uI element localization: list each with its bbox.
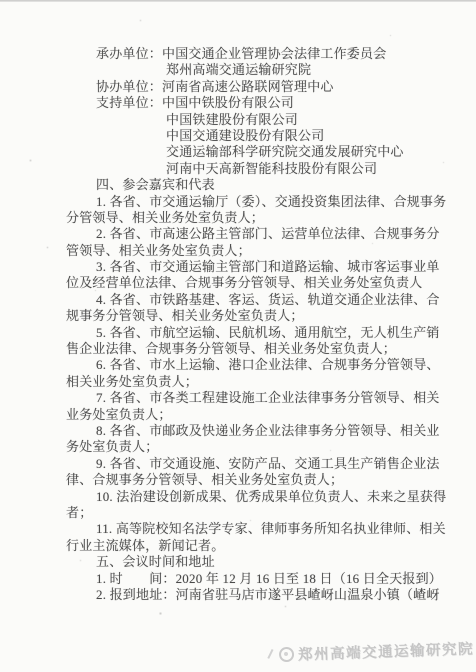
- list-item-line: 2. 各省、市高速公路主管部门、运营单位法律、合规事务分: [66, 226, 466, 242]
- supporter-line: 中国交通建设股份有限公司: [66, 128, 466, 144]
- list-item-line: 业务处室负责人；: [66, 407, 466, 423]
- list-item-line: 11. 高等院校知名法学专家、律师事务所知名执业律师、相关: [66, 521, 466, 537]
- document-body: 承办单位：中国交通企业管理协会法律工作委员会 郑州高端交通运输研究院 协办单位：…: [66, 46, 466, 603]
- list-item-line: 管领导、相关业务处室负责人；: [66, 243, 466, 259]
- supporter-line: 河南中天高新智能科技股份有限公司: [66, 161, 466, 177]
- list-item-line: 4. 各省、市铁路基建、客运、货运、轨道交通企业法律、合: [66, 292, 466, 308]
- list-item-line: 位及经营单位法律、合规事务分管领导、相关业务处室负责人: [66, 275, 466, 291]
- list-item-line: 10. 法治建设创新成果、优秀成果单位负责人、未来之星获得: [66, 489, 466, 505]
- supporter-line: 中国铁建股份有限公司: [66, 112, 466, 128]
- supporter-line: 支持单位：中国中铁股份有限公司: [66, 95, 466, 111]
- co-organizer-line: 协办单位：河南省高速公路联网管理中心: [66, 79, 466, 95]
- list-item-line: 分管领导、相关业务处室负责人；: [66, 210, 466, 226]
- list-item-line: 相关业务处室负责人；: [66, 374, 466, 390]
- scanned-document-page: { "colors": { "page_bg": "#fbfbf9", "tex…: [0, 0, 476, 672]
- list-item-line: 务处室负责人；: [66, 439, 466, 455]
- list-item-line: 者；: [66, 505, 466, 521]
- section-heading-time-address: 五、会议时间和地址: [66, 554, 466, 570]
- list-item-line: 6. 各省、市水上运输、港口企业法律、合规事务分管领导、: [66, 357, 466, 373]
- watermark: 郑州高端交通运输研究院: [269, 637, 475, 665]
- watermark-slash-mark: [267, 648, 279, 661]
- list-item-line: 1. 各省、市交通运输厅（委）、交通投资集团法律、合规事务: [66, 194, 466, 210]
- list-item-line: 9. 各省、市交通设施、安防产品、交通工具生产销售企业法: [66, 456, 466, 472]
- meeting-time-line: 1. 时 间：2020 年 12 月 16 日至 18 日（16 日全天报到）: [66, 571, 466, 587]
- meeting-address-line: 2. 报到地址：河南省驻马店市遂平县嵖岈山温泉小镇（嵖岈: [66, 587, 466, 603]
- supporter-line: 交通运输部科学研究院交通发展研究中心: [66, 144, 466, 160]
- list-item-line: 行业主流媒体，新闻记者。: [66, 538, 466, 554]
- scan-edge-top: [0, 0, 476, 2]
- list-item-line: 律、合规事务分管领导、相关业务处室负责人；: [66, 472, 466, 488]
- list-item-line: 规事务分管领导、相关业务处室负责人；: [66, 308, 466, 324]
- list-item-line: 售企业法律、合规事务分管领导、相关业务处室负责人；: [66, 341, 466, 357]
- scan-noise-specks: [0, 0, 1, 1]
- list-item-line: 7. 各省、市各类工程建设施工企业法律事务分管领导、相关: [66, 390, 466, 406]
- watermark-logo-icon: [279, 647, 295, 663]
- list-item-line: 3. 各省、市交通运输主管部门和道路运输、城市客运事业单: [66, 259, 466, 275]
- list-item-line: 5. 各省、市航空运输、民航机场、通用航空，无人机生产销: [66, 325, 466, 341]
- list-item-line: 8. 各省、市邮政及快递业务企业法律事务分管领导、相关业: [66, 423, 466, 439]
- organizer-line: 郑州高端交通运输研究院: [66, 62, 466, 78]
- section-heading-attendees: 四、参会嘉宾和代表: [66, 177, 466, 193]
- organizer-line: 承办单位：中国交通企业管理协会法律工作委员会: [66, 46, 466, 62]
- watermark-text: 郑州高端交通运输研究院: [298, 637, 475, 664]
